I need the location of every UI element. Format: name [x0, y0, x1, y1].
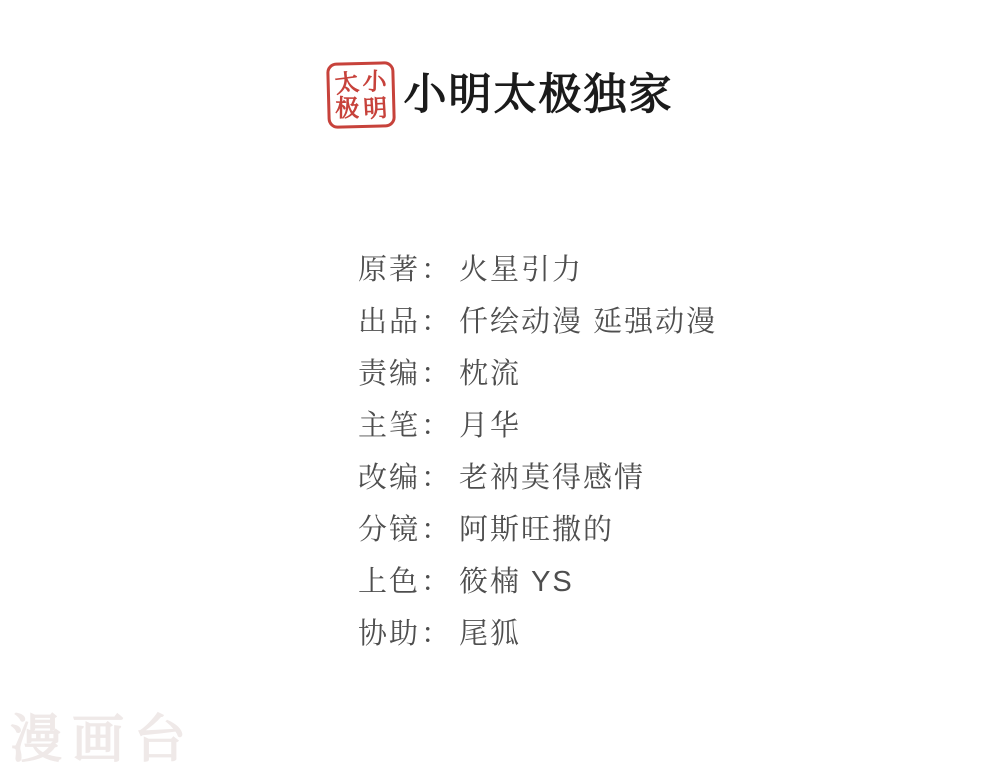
credit-row: 主笔：月华 [358, 397, 717, 449]
credit-row: 责编：枕流 [358, 345, 717, 397]
credit-row: 上色：筱楠 YS [358, 553, 717, 605]
credit-colon: ： [421, 507, 452, 548]
credit-row: 协助：尾狐 [358, 605, 717, 657]
credit-label: 出品 [358, 299, 420, 340]
brand-header: 太 小 极 明 小明太极独家 [0, 62, 1000, 128]
credit-colon: ： [421, 299, 452, 340]
seal-char-right-top: 小 [362, 69, 387, 94]
brand-title: 小明太极独家 [404, 74, 674, 117]
watermark: 漫画台 [10, 712, 196, 769]
credit-colon: ： [421, 611, 452, 652]
credit-value: 阿斯旺撒的 [459, 507, 614, 548]
credit-label: 责编 [358, 351, 420, 392]
credit-label: 上色 [358, 559, 420, 600]
credit-value: 老衲莫得感情 [459, 455, 645, 496]
credit-label: 主笔 [358, 403, 420, 444]
credit-colon: ： [421, 455, 452, 496]
credit-row: 分镜：阿斯旺撒的 [358, 501, 717, 553]
credits-list: 原著：火星引力出品：仟绘动漫 延强动漫责编：枕流主笔：月华改编：老衲莫得感情分镜… [358, 241, 717, 657]
credit-label: 改编 [358, 455, 420, 496]
credit-label: 原著 [358, 247, 420, 288]
credit-row: 原著：火星引力 [358, 241, 717, 293]
credit-colon: ： [421, 351, 452, 392]
seal-char-left-bottom: 极 [335, 96, 359, 120]
credit-value: 筱楠 YS [459, 559, 574, 600]
credit-value: 月华 [459, 403, 521, 444]
comic-credits-page: 太 小 极 明 小明太极独家 原著：火星引力出品：仟绘动漫 延强动漫责编：枕流主… [0, 0, 1000, 773]
credit-value: 尾狐 [459, 611, 521, 652]
credit-row: 出品：仟绘动漫 延强动漫 [358, 293, 717, 345]
seal-char-right-bottom: 明 [362, 95, 387, 120]
credit-value: 枕流 [459, 351, 521, 392]
credit-colon: ： [421, 559, 452, 600]
credit-row: 改编：老衲莫得感情 [358, 449, 717, 501]
credit-value: 火星引力 [459, 247, 583, 288]
credit-value: 仟绘动漫 延强动漫 [459, 299, 717, 340]
credit-colon: ： [421, 247, 452, 288]
credit-label: 协助 [358, 611, 420, 652]
credit-label: 分镜 [358, 507, 420, 548]
credit-colon: ： [421, 403, 452, 444]
brand-seal-stamp-icon: 太 小 极 明 [326, 61, 396, 129]
